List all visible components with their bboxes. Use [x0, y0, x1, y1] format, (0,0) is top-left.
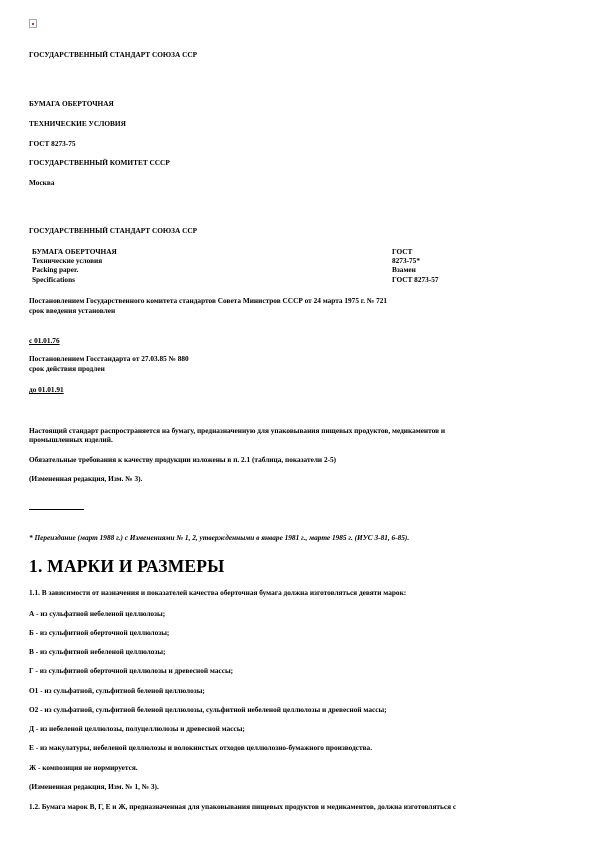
grade-item: А - из сульфатной небеленой целлюлозы;: [29, 609, 165, 618]
grade-item: О1 - из сульфатной, сульфитной беленой ц…: [29, 686, 205, 695]
grade-item: Ж - композиция не нормируется.: [29, 763, 138, 772]
cover-standard-code: ГОСТ 8273-75: [29, 139, 76, 148]
section-amendment-note: (Измененная редакция, Изм. № 1, № 3).: [29, 782, 159, 791]
cover-product-name: БУМАГА ОБЕРТОЧНАЯ: [29, 99, 114, 108]
grade-item: В - из сульфитной небеленой целлюлозы;: [29, 647, 165, 656]
grade-item: О2 - из сульфатной, сульфитной беленой ц…: [29, 705, 387, 714]
grade-item: Д - из небеленой целлюлозы, полуцеллюлоз…: [29, 724, 245, 733]
decree-line-3: Постановлением Госстандарта от 27.03.85 …: [29, 354, 189, 363]
cover-committee: ГОСУДАРСТВЕННЫЙ КОМИТЕТ СССР: [29, 158, 170, 167]
decree-line-1: Постановлением Государственного комитета…: [29, 296, 387, 305]
amendment-note: (Измененная редакция, Изм. № 3).: [29, 474, 142, 483]
decree-line-2: срок введения установлен: [29, 306, 115, 315]
gost-number: 8273-75*: [392, 256, 420, 265]
mandatory-requirements: Обязательные требования к качеству проду…: [29, 455, 336, 464]
footnote: * Переиздание (март 1988 г.) с Изменения…: [29, 533, 409, 542]
effective-date-from: с 01.01.76: [29, 336, 60, 345]
decree-line-4: срок действия продлен: [29, 364, 105, 373]
grade-item: Б - из сульфитной оберточной целлюлозы;: [29, 628, 169, 637]
broken-image-icon: [29, 19, 37, 28]
gost-label: ГОСТ: [392, 247, 412, 256]
clause-1-1: 1.1. В зависимости от назначения и показ…: [29, 588, 406, 597]
scope-paragraph-line-2: промышленных изделий.: [29, 435, 113, 444]
standard-subtitle-en: Specifications: [32, 275, 75, 284]
standard-block-title: ГОСУДАРСТВЕННЫЙ СТАНДАРТ СОЮЗА ССР: [29, 226, 197, 235]
section-heading: 1. МАРКИ И РАЗМЕРЫ: [29, 556, 225, 576]
replaced-standard: ГОСТ 8273-57: [392, 275, 439, 284]
grade-item: Г - из сульфитной оберточной целлюлозы и…: [29, 666, 233, 675]
document-header-title: ГОСУДАРСТВЕННЫЙ СТАНДАРТ СОЮЗА ССР: [29, 50, 197, 59]
scope-paragraph-line-1: Настоящий стандарт распространяется на б…: [29, 426, 445, 435]
clause-1-2: 1.2. Бумага марок В, Г, Е и Ж, предназна…: [29, 802, 456, 811]
effective-date-to: до 01.01.91: [29, 385, 64, 394]
cover-city: Москва: [29, 178, 54, 187]
replaces-label: Взамен: [392, 265, 416, 274]
cover-subtitle: ТЕХНИЧЕСКИЕ УСЛОВИЯ: [29, 119, 126, 128]
standard-name-ru: БУМАГА ОБЕРТОЧНАЯ: [32, 247, 117, 256]
standard-subtitle-ru: Технические условия: [32, 256, 102, 265]
standard-name-en: Packing paper.: [32, 265, 78, 274]
footnote-divider: [29, 509, 84, 510]
grade-item: Е - из макулатуры, небеленой целлюлозы и…: [29, 743, 372, 752]
